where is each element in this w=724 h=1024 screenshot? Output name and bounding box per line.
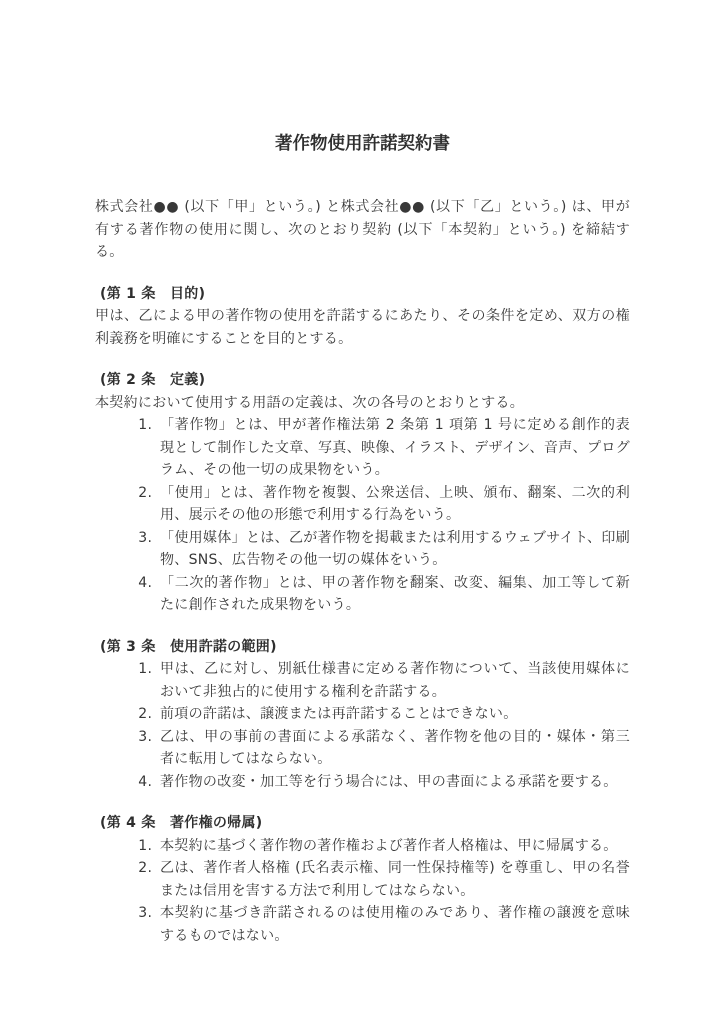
article-4-item: 乙は、著作者人格権 (氏名表示権、同一性保持権等) を尊重し、甲の名誉または信用… — [157, 857, 630, 902]
article-2-item: 「著作物」とは、甲が著作権法第 2 条第 1 項第 1 号に定める創作的表現とし… — [157, 414, 630, 482]
article-4-item: 本契約に基づき許諾されるのは使用権のみであり、著作権の譲渡を意味するものではない… — [157, 902, 630, 947]
article-4-section: (第 4 条 著作権の帰属) 本契約に基づく著作物の著作権および著作者人格権は、… — [95, 812, 630, 947]
article-1-heading: (第 1 条 目的) — [95, 283, 630, 306]
article-2-item: 「使用媒体」とは、乙が著作物を掲載または利用するウェブサイト、印刷物、SNS、広… — [157, 527, 630, 572]
article-4-items-list: 本契約に基づく著作物の著作権および著作者人格権は、甲に帰属する。 乙は、著作者人… — [95, 835, 630, 948]
article-3-item: 甲は、乙に対し、別紙仕様書に定める著作物について、当該使用媒体において非独占的に… — [157, 658, 630, 703]
article-2-section: (第 2 条 定義) 本契約において使用する用語の定義は、次の各号のとおりとする… — [95, 369, 630, 617]
article-3-item: 著作物の改変・加工等を行う場合には、甲の書面による承諾を要する。 — [157, 771, 630, 794]
document-title: 著作物使用許諾契約書 — [95, 132, 630, 156]
article-3-item: 乙は、甲の事前の書面による承諾なく、著作物を他の目的・媒体・第三者に転用してはな… — [157, 726, 630, 771]
article-2-items-list: 「著作物」とは、甲が著作権法第 2 条第 1 項第 1 号に定める創作的表現とし… — [95, 414, 630, 617]
article-4-heading: (第 4 条 著作権の帰属) — [95, 812, 630, 835]
article-2-intro: 本契約において使用する用語の定義は、次の各号のとおりとする。 — [95, 392, 630, 415]
article-4-item: 本契約に基づく著作物の著作権および著作者人格権は、甲に帰属する。 — [157, 835, 630, 858]
article-2-item: 「二次的著作物」とは、甲の著作物を翻案、改変、編集、加工等して新たに創作された成… — [157, 572, 630, 617]
article-1-section: (第 1 条 目的) 甲は、乙による甲の著作物の使用を許諾するにあたり、その条件… — [95, 283, 630, 351]
preamble-paragraph: 株式会社●● (以下「甲」という。) と株式会社●● (以下「乙」という。) は… — [95, 196, 630, 264]
document-page: 著作物使用許諾契約書 株式会社●● (以下「甲」という。) と株式会社●● (以… — [0, 0, 724, 1024]
article-1-body: 甲は、乙による甲の著作物の使用を許諾するにあたり、その条件を定め、双方の権利義務… — [95, 305, 630, 350]
article-3-heading: (第 3 条 使用許諾の範囲) — [95, 636, 630, 659]
article-2-item: 「使用」とは、著作物を複製、公衆送信、上映、頒布、翻案、二次的利用、展示その他の… — [157, 482, 630, 527]
article-2-heading: (第 2 条 定義) — [95, 369, 630, 392]
article-3-items-list: 甲は、乙に対し、別紙仕様書に定める著作物について、当該使用媒体において非独占的に… — [95, 658, 630, 793]
article-3-item: 前項の許諾は、譲渡または再許諾することはできない。 — [157, 703, 630, 726]
article-3-section: (第 3 条 使用許諾の範囲) 甲は、乙に対し、別紙仕様書に定める著作物について… — [95, 636, 630, 794]
